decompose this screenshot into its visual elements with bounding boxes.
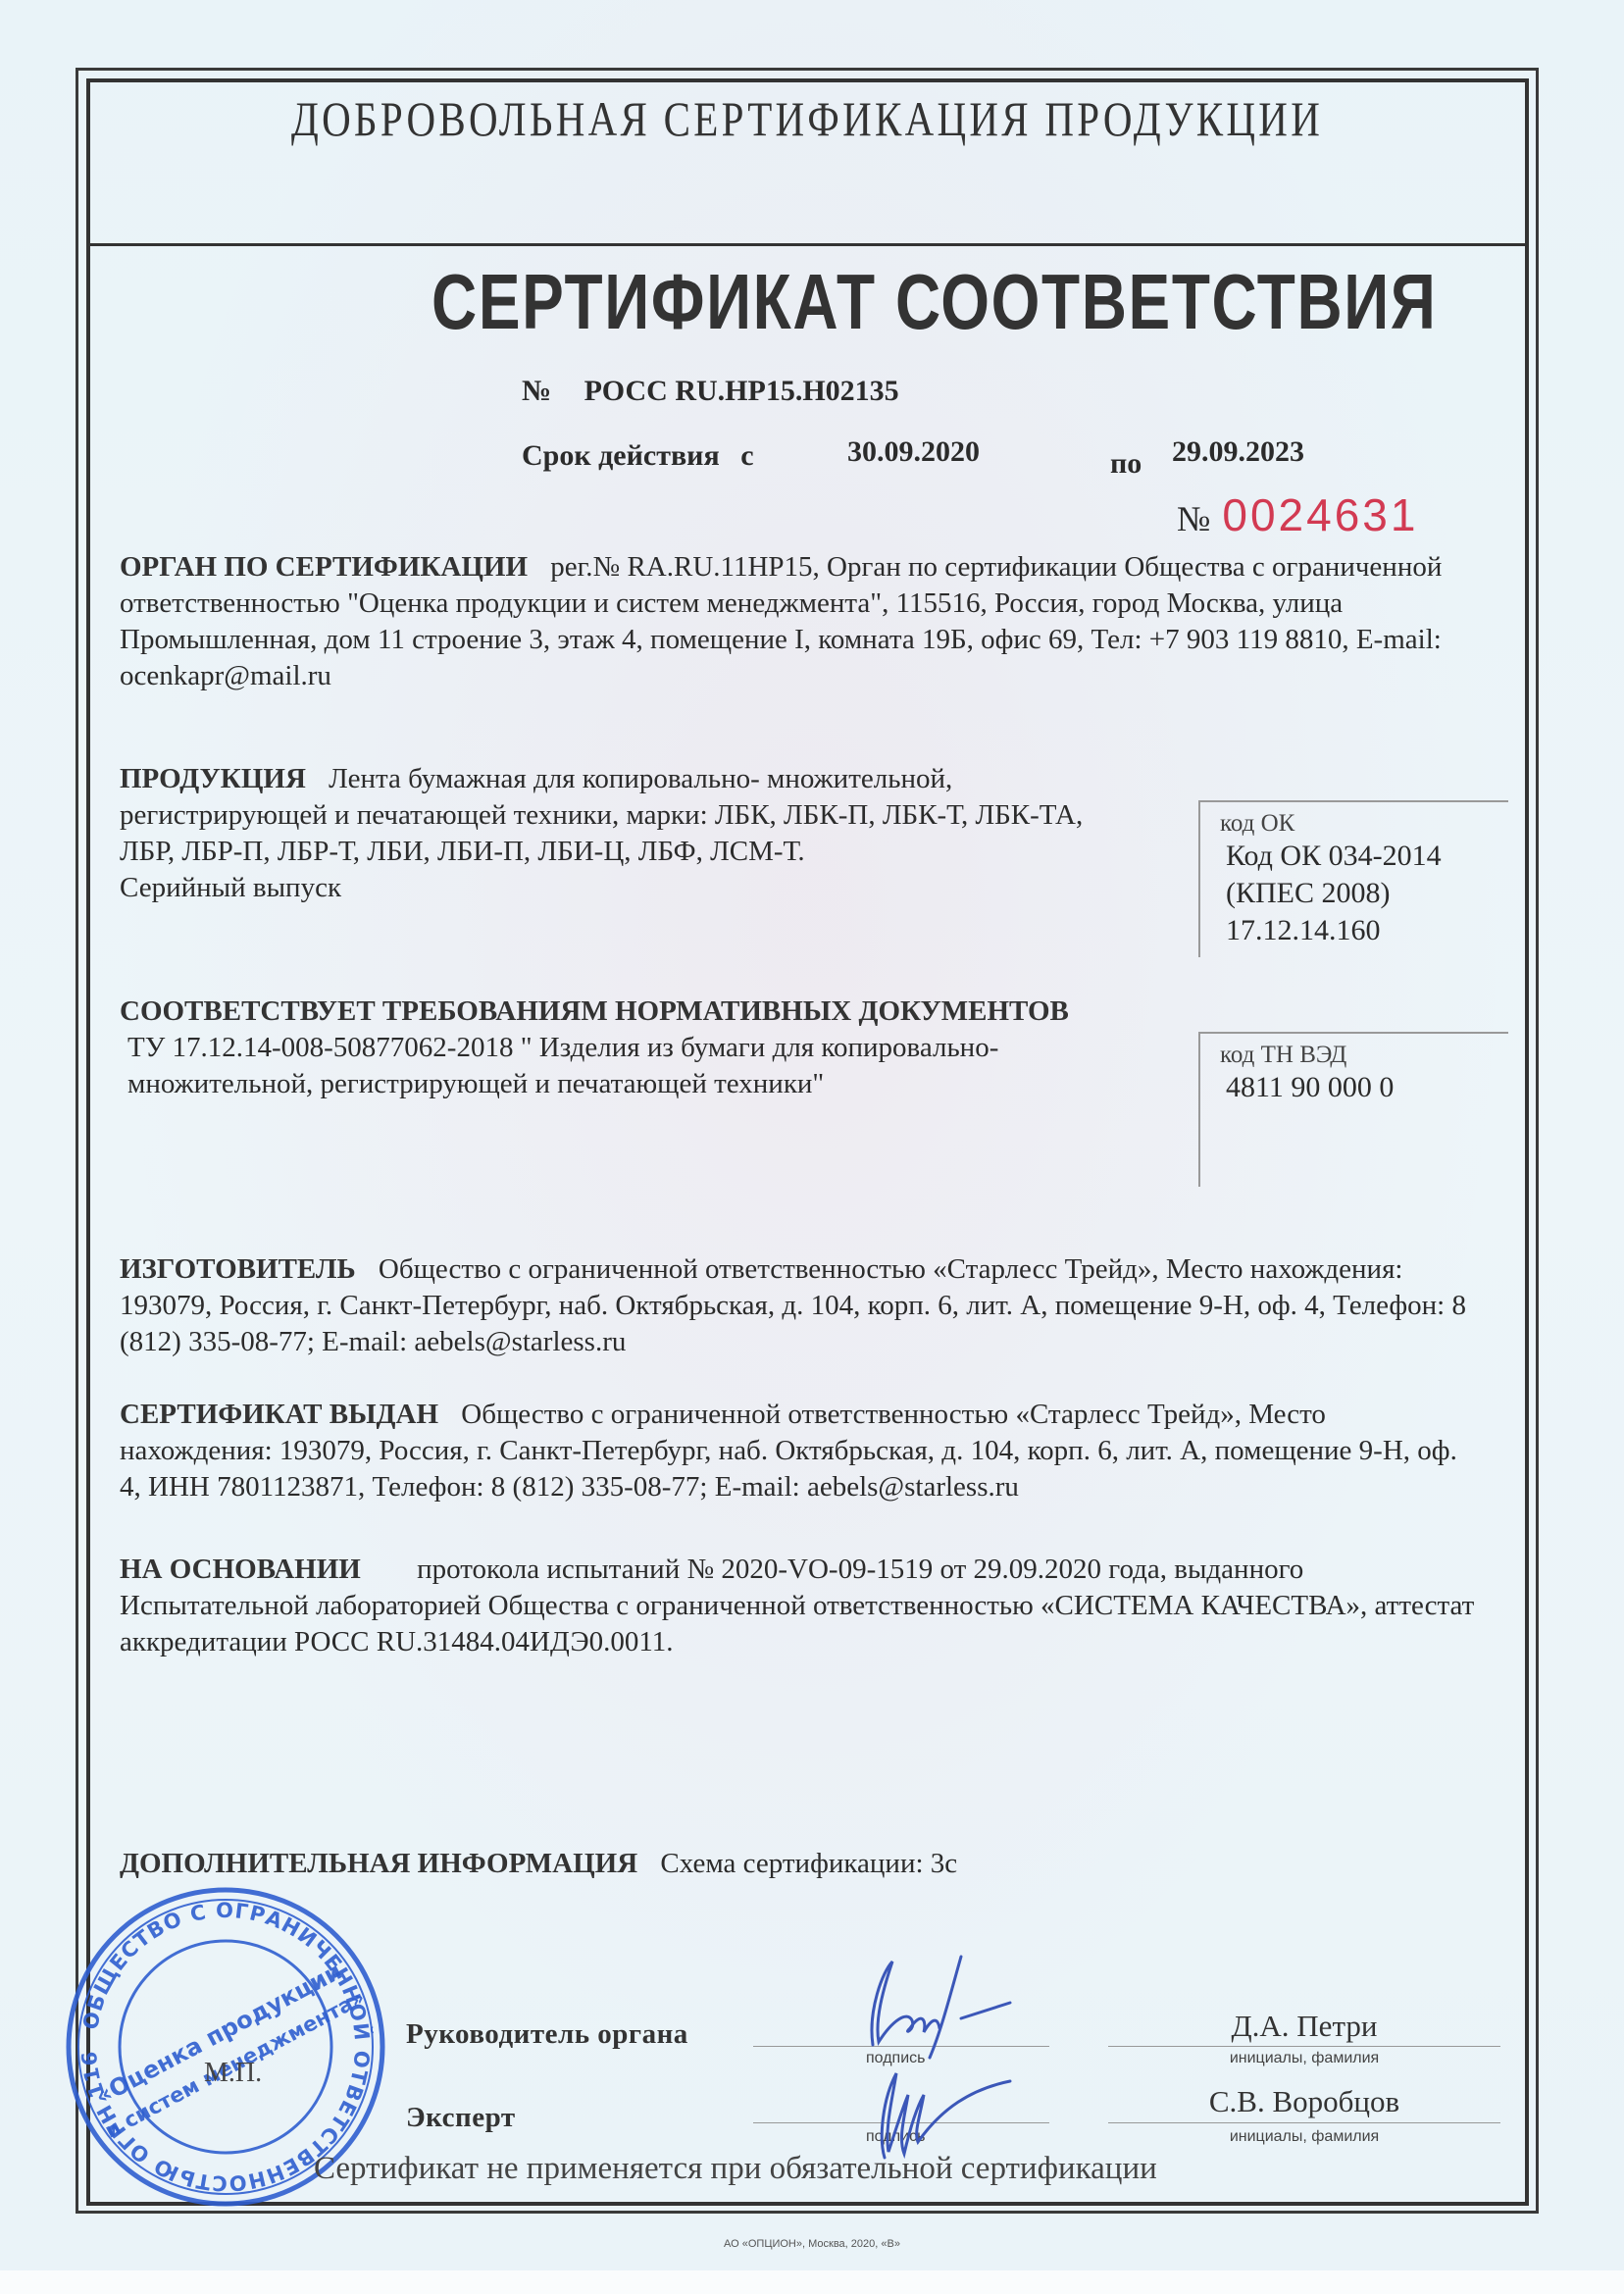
certificate-title: СЕРТИФИКАТ СООТВЕТСТВИЯ [431,257,1271,347]
head-of-body-label: Руководитель органа [406,2018,688,2051]
section-conformity: СООТВЕТСТВУЕТ ТРЕБОВАНИЯМ НОРМАТИВНЫХ ДО… [120,994,1208,1102]
not-applied-notice: Сертификат не применяется при обязательн… [314,2151,1157,2187]
tnved-code-value: 4811 90 000 0 [1220,1069,1508,1106]
section-issued-to: СЕРТИФИКАТ ВЫДАН Общество с ограниченной… [120,1397,1483,1505]
issued-to-heading: СЕРТИФИКАТ ВЫДАН [120,1399,438,1430]
expert-name: С.В. Воробцов [1108,2084,1500,2119]
certificate-number-row: № РОСС RU.HP15.H02135 [522,375,899,408]
section-product: ПРОДУКЦИЯ Лента бумажная для копировальн… [120,761,1130,906]
number-sign: № [522,375,551,407]
tnved-code-caption: код ТН ВЭД [1220,1042,1508,1069]
tnved-code-box: код ТН ВЭД 4811 90 000 0 [1198,1032,1508,1187]
ok-code-line3: 17.12.14.160 [1220,912,1508,949]
section-manufacturer: ИЗГОТОВИТЕЛЬ Общество с ограниченной отв… [120,1251,1483,1360]
to-label: по [1110,447,1142,481]
section-basis: НА ОСНОВАНИИ протокола испытаний № 2020-… [120,1552,1483,1660]
additional-heading: ДОПОЛНИТЕЛЬНАЯ ИНФОРМАЦИЯ [120,1848,637,1879]
organ-heading: ОРГАН ПО СЕРТИФИКАЦИИ [120,551,528,583]
from-label: с [740,439,753,472]
valid-from-date: 30.09.2020 [847,435,980,469]
additional-text: Схема сертификации: 3с [660,1848,957,1879]
expert-name-line [1108,2122,1500,2123]
conformity-heading: СООТВЕТСТВУЕТ ТРЕБОВАНИЯМ НОРМАТИВНЫХ ДО… [120,994,1193,1030]
blank-number-row: №0024631 [1177,488,1418,541]
voluntary-certification-heading: ДОБРОВОЛЬНАЯ СЕРТИФИКАЦИЯ ПРОДУКЦИИ [218,90,1396,147]
blank-number-sign: № [1177,499,1210,538]
head-name-caption: инициалы, фамилия [1108,2050,1500,2067]
printer-info: АО «ОПЦИОН», Москва, 2020, «В» [0,2238,1624,2250]
basis-heading: НА ОСНОВАНИИ [120,1554,361,1585]
expert-label: Эксперт [406,2102,516,2134]
blank-number: 0024631 [1222,489,1418,540]
seal-place-label: М.П. [204,2058,262,2089]
validity-row: Срок действия с 30.09.2020 по 29.09.2023 [522,439,754,473]
section-additional: ДОПОЛНИТЕЛЬНАЯ ИНФОРМАЦИЯ Схема сертифик… [120,1846,1483,1882]
scan-margin [0,2270,1624,2294]
head-name-line [1108,2046,1500,2047]
certificate-number: РОСС RU.HP15.H02135 [584,375,899,407]
validity-label: Срок действия [522,439,720,472]
ok-code-line1: Код ОК 034-2014 [1220,838,1508,875]
header-divider [86,243,1529,246]
valid-to-date: 29.09.2023 [1172,435,1304,469]
expert-name-caption: инициалы, фамилия [1108,2128,1500,2146]
ok-code-box: код ОК Код ОК 034-2014 (КПЕС 2008) 17.12… [1198,800,1508,957]
head-name: Д.А. Петри [1108,2009,1500,2044]
manufacturer-heading: ИЗГОТОВИТЕЛЬ [120,1253,356,1285]
conformity-text: ТУ 17.12.14-008-50877062-2018 " Изделия … [120,1030,1167,1102]
head-signature-icon [814,1952,1049,2060]
product-serial: Серийный выпуск [120,870,1130,906]
section-organ: ОРГАН ПО СЕРТИФИКАЦИИ рег.№ RA.RU.11НР15… [120,549,1493,694]
product-heading: ПРОДУКЦИЯ [120,763,306,794]
ok-code-line2: (КПЕС 2008) [1220,875,1508,912]
ok-code-caption: код ОК [1220,810,1508,838]
